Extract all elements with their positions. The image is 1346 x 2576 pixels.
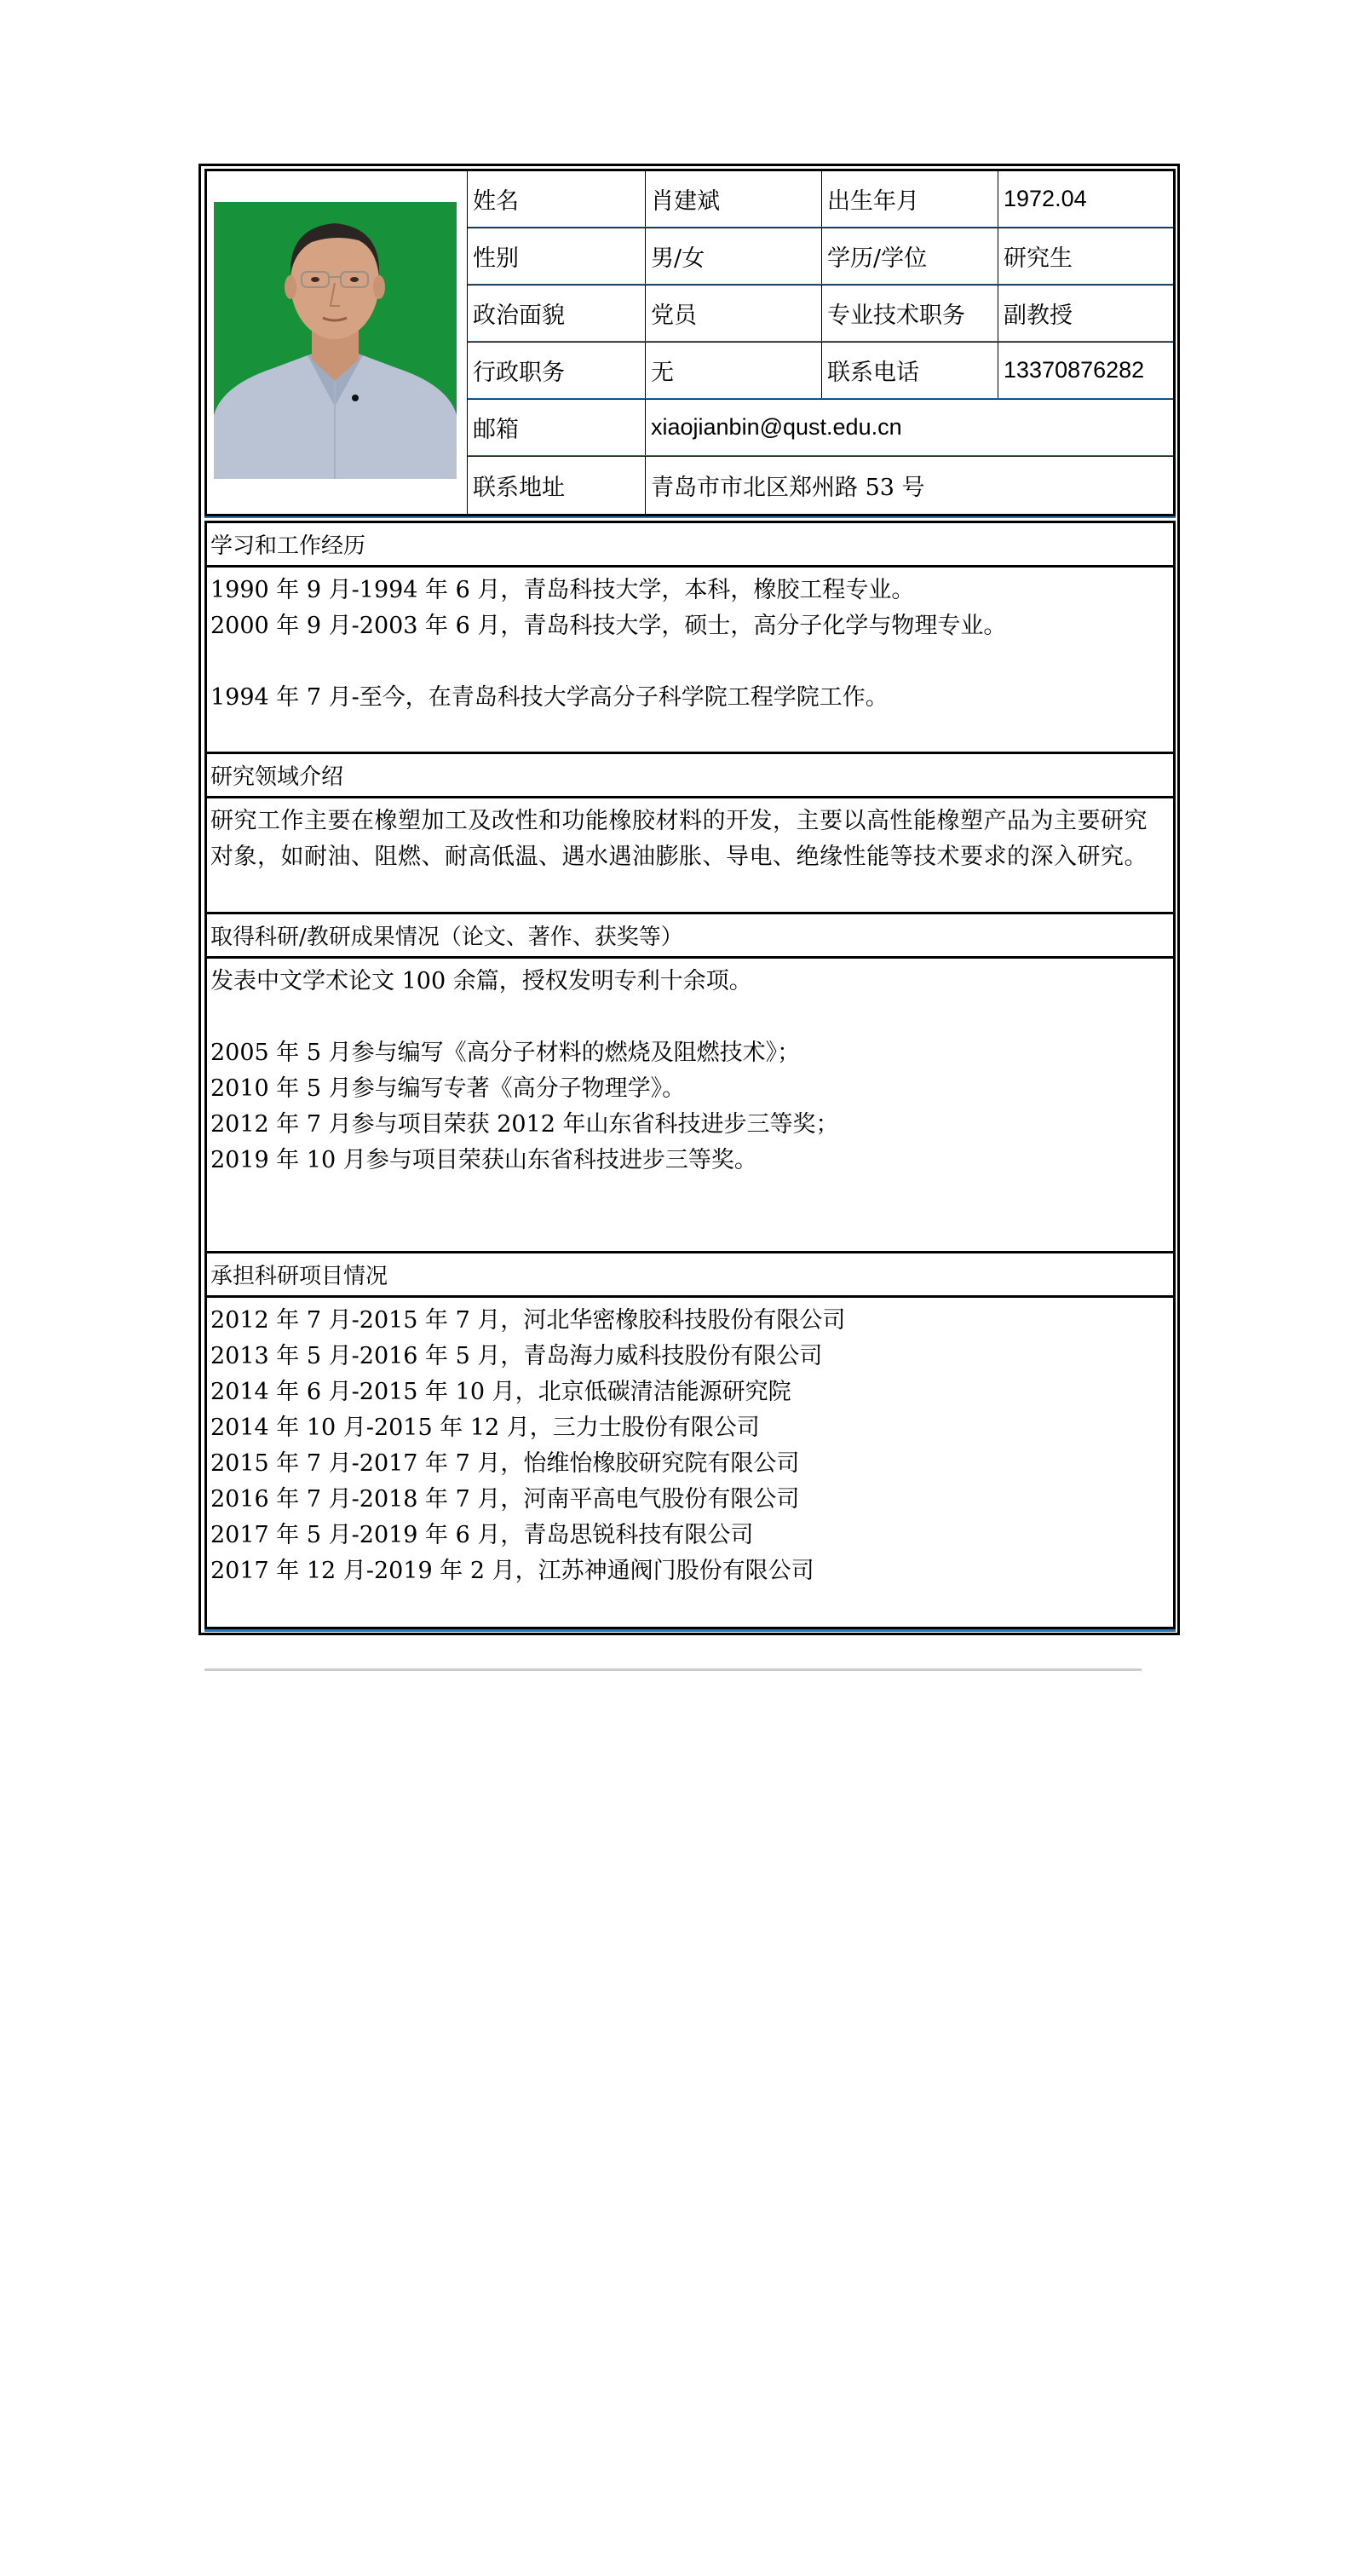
project-line: 2014 年 6 月-2015 年 10 月，北京低碳清洁能源研究院 [210, 1374, 1168, 1410]
label-degree: 学历/学位 [822, 228, 998, 284]
value-birth: 1972.04 [998, 171, 1173, 227]
label-phone: 联系电话 [822, 343, 998, 398]
value-degree: 研究生 [998, 228, 1173, 284]
label-address: 联系地址 [468, 457, 646, 514]
label-admin-position: 行政职务 [468, 343, 646, 398]
achievement-line: 发表中文学术论文 100 余篇，授权发明专利十余项。 [210, 964, 1168, 1000]
profile-row-email: 邮箱 xiaojianbin@qust.edu.cn [468, 400, 1173, 457]
section-body-research: 研究工作主要在橡塑加工及改性和功能橡胶材料的开发，主要以高性能橡塑产品为主要研究… [207, 798, 1173, 914]
value-email[interactable]: xiaojianbin@qust.edu.cn [646, 400, 1173, 455]
project-line: 2012 年 7 月-2015 年 7 月，河北华密橡胶科技股份有限公司 [210, 1303, 1168, 1339]
value-phone: 13370876282 [998, 343, 1173, 398]
profile-row-political: 政治面貌 党员 专业技术职务 副教授 [468, 285, 1173, 343]
project-line: 2016 年 7 月-2018 年 7 月，河南平高电气股份有限公司 [210, 1482, 1168, 1518]
value-political: 党员 [646, 285, 822, 341]
value-gender: 男/女 [646, 228, 822, 284]
value-title: 副教授 [998, 285, 1173, 341]
profile-row-admin: 行政职务 无 联系电话 13370876282 [468, 343, 1173, 400]
section-body-education: 1990 年 9 月-1994 年 6 月，青岛科技大学，本科，橡胶工程专业。 … [207, 568, 1173, 754]
education-line: 1990 年 9 月-1994 年 6 月，青岛科技大学，本科，橡胶工程专业。 [210, 573, 1168, 608]
value-admin-position: 无 [646, 343, 822, 398]
project-line: 2013 年 5 月-2016 年 5 月，青岛海力威科技股份有限公司 [210, 1339, 1168, 1374]
project-line: 2014 年 10 月-2015 年 12 月，三力士股份有限公司 [210, 1410, 1168, 1446]
education-line-blank [210, 644, 1168, 680]
horizontal-divider [204, 1668, 1142, 1671]
profile-row-gender: 性别 男/女 学历/学位 研究生 [468, 228, 1173, 285]
section-title-achievements: 取得科研/教研成果情况（论文、著作、获奖等） [207, 914, 1173, 959]
section-body-projects: 2012 年 7 月-2015 年 7 月，河北华密橡胶科技股份有限公司 201… [207, 1298, 1173, 1627]
achievement-line: 2012 年 7 月参与项目荣获 2012 年山东省科技进步三等奖； [210, 1107, 1168, 1143]
project-line: 2017 年 12 月-2019 年 2 月，江苏神通阀门股份有限公司 [210, 1553, 1168, 1589]
profile-row-address: 联系地址 青岛市市北区郑州路 53 号 [468, 457, 1173, 514]
value-address: 青岛市市北区郑州路 53 号 [646, 457, 1173, 514]
project-line: 2015 年 7 月-2017 年 7 月，怡维怡橡胶研究院有限公司 [210, 1446, 1168, 1482]
research-description: 研究工作主要在橡塑加工及改性和功能橡胶材料的开发，主要以高性能橡塑产品为主要研究… [210, 804, 1168, 875]
value-name: 肖建斌 [646, 171, 822, 227]
section-body-achievements: 发表中文学术论文 100 余篇，授权发明专利十余项。 2005 年 5 月参与编… [207, 959, 1173, 1253]
profile-row-name: 姓名 肖建斌 出生年月 1972.04 [468, 171, 1173, 228]
label-email: 邮箱 [468, 400, 646, 455]
resume-sections: 学习和工作经历 1990 年 9 月-1994 年 6 月，青岛科技大学，本科，… [204, 521, 1176, 1629]
section-title-projects: 承担科研项目情况 [207, 1253, 1173, 1298]
resume-table: 姓名 肖建斌 出生年月 1972.04 性别 男/女 学历/学位 研究生 政治面… [198, 164, 1180, 1635]
achievement-line-blank [210, 1000, 1168, 1035]
section-title-education: 学习和工作经历 [207, 523, 1173, 568]
project-line: 2017 年 5 月-2019 年 6 月，青岛思锐科技有限公司 [210, 1518, 1168, 1553]
label-name: 姓名 [468, 171, 646, 227]
section-title-research: 研究领域介绍 [207, 754, 1173, 798]
label-political: 政治面貌 [468, 285, 646, 341]
education-line: 1994 年 7 月-至今，在青岛科技大学高分子科学院工程学院工作。 [210, 680, 1168, 716]
label-title: 专业技术职务 [822, 285, 998, 341]
achievement-line: 2019 年 10 月参与项目荣获山东省科技进步三等奖。 [210, 1143, 1168, 1179]
achievement-line: 2005 年 5 月参与编写《高分子材料的燃烧及阻燃技术》； [210, 1035, 1168, 1071]
profile-fields-grid: 姓名 肖建斌 出生年月 1972.04 性别 男/女 学历/学位 研究生 政治面… [468, 171, 1173, 514]
label-gender: 性别 [468, 228, 646, 284]
profile-info-table: 姓名 肖建斌 出生年月 1972.04 性别 男/女 学历/学位 研究生 政治面… [204, 169, 1176, 516]
label-birth: 出生年月 [822, 171, 998, 227]
achievement-line: 2010 年 5 月参与编写专著《高分子物理学》。 [210, 1071, 1168, 1107]
education-line: 2000 年 9 月-2003 年 6 月，青岛科技大学，硕士，高分子化学与物理… [210, 608, 1168, 644]
photo-cell [207, 171, 468, 514]
profile-photo [214, 202, 457, 479]
